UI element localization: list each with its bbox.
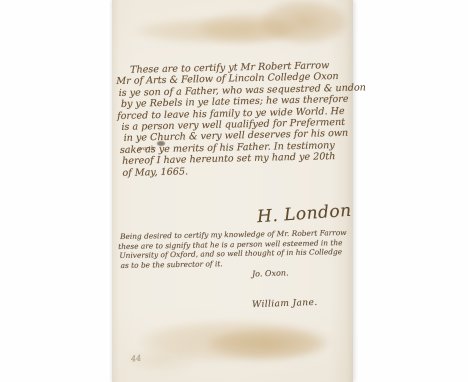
document-photo: These are to certify yt Mr Robert Farrow…	[0, 0, 468, 382]
main-paragraph: These are to certify yt Mr Robert Farrow…	[118, 60, 355, 179]
interlinear-insertion: worth	[138, 146, 155, 153]
ink-blot	[157, 141, 165, 146]
stain-bottom-core	[208, 328, 326, 360]
stain-top-tail	[134, 18, 302, 44]
stain-top-right	[260, 0, 348, 44]
stain-top-middle	[198, 12, 294, 44]
manuscript-paper	[112, 0, 353, 382]
stain-bottom-main	[138, 320, 332, 362]
lot-number: 44	[131, 353, 142, 363]
secondary-paragraph: Being desired to certify my knowledge of…	[120, 228, 356, 271]
signature-jo-oxon: Jo. Oxon.	[252, 268, 289, 278]
